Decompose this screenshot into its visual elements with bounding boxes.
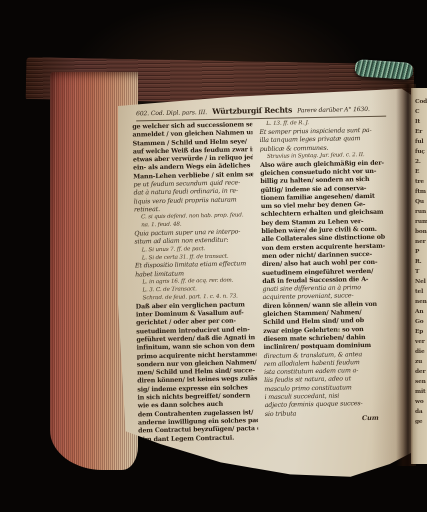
- running-header-title: Würtzburgiſ Rechts: [212, 105, 292, 116]
- text-line: Cod: [411, 97, 427, 107]
- catchword: Cum: [362, 414, 379, 422]
- text-column-right: L. 13. ff. de R. J.Et semper prius inspi…: [259, 119, 398, 442]
- text-line: ver: [411, 337, 427, 347]
- text-line: T: [411, 267, 427, 277]
- text-line: wo: [411, 397, 427, 407]
- text-line: Qu: [411, 197, 427, 207]
- text-line: zu: [411, 357, 427, 367]
- text-line: rum: [411, 217, 427, 227]
- text-line: Go: [411, 317, 427, 327]
- text-line: nen: [411, 297, 427, 307]
- text-line: ftm: [411, 187, 427, 197]
- text-line: ful: [411, 137, 427, 147]
- text-line: da: [411, 407, 427, 417]
- text-line: ge: [411, 417, 427, 427]
- text-line: It: [411, 117, 427, 127]
- text-line: mit: [411, 387, 427, 397]
- text-line: der: [411, 367, 427, 377]
- left-page: 602. Cod. Dipl. pars. III. Würtzburgiſ R…: [112, 84, 414, 484]
- text-line: Ep: [411, 327, 427, 337]
- text-line: tel: [411, 287, 427, 297]
- text-line: An: [411, 307, 427, 317]
- text-line: run: [411, 207, 427, 217]
- photo-scene: 602. Cod. Dipl. pars. III. Würtzburgiſ R…: [0, 0, 427, 512]
- text-line: tre: [411, 177, 427, 187]
- text-line: fuç: [411, 147, 427, 157]
- text-line: bon: [411, 227, 427, 237]
- text-line: nim dant Legem Contractui.: [138, 434, 258, 445]
- text-column-left: ge welcher sich ad successionem se-anmel…: [128, 121, 258, 444]
- running-header-reference: 602. Cod. Dipl. pars. III.: [136, 109, 207, 117]
- text-line: C: [411, 107, 427, 117]
- text-line: Nel: [411, 277, 427, 287]
- text-line: sen: [411, 377, 427, 387]
- text-line: R.: [411, 257, 427, 267]
- text-line: ner: [411, 237, 427, 247]
- right-page-sliver: CodCItErfulfuç2.EtreftmQurunrumbonnerPR.…: [411, 88, 427, 464]
- text-line: E: [411, 167, 427, 177]
- text-line: Er: [411, 127, 427, 137]
- text-line: 2.: [411, 157, 427, 167]
- page-content: 602. Cod. Dipl. pars. III. Würtzburgiſ R…: [128, 95, 403, 444]
- text-columns: ge welcher sich ad successionem se-anmel…: [128, 118, 402, 444]
- running-header-subtitle: Parere darüber A° 1630.: [297, 106, 370, 114]
- text-line: P: [411, 247, 427, 257]
- text-line: die: [411, 347, 427, 357]
